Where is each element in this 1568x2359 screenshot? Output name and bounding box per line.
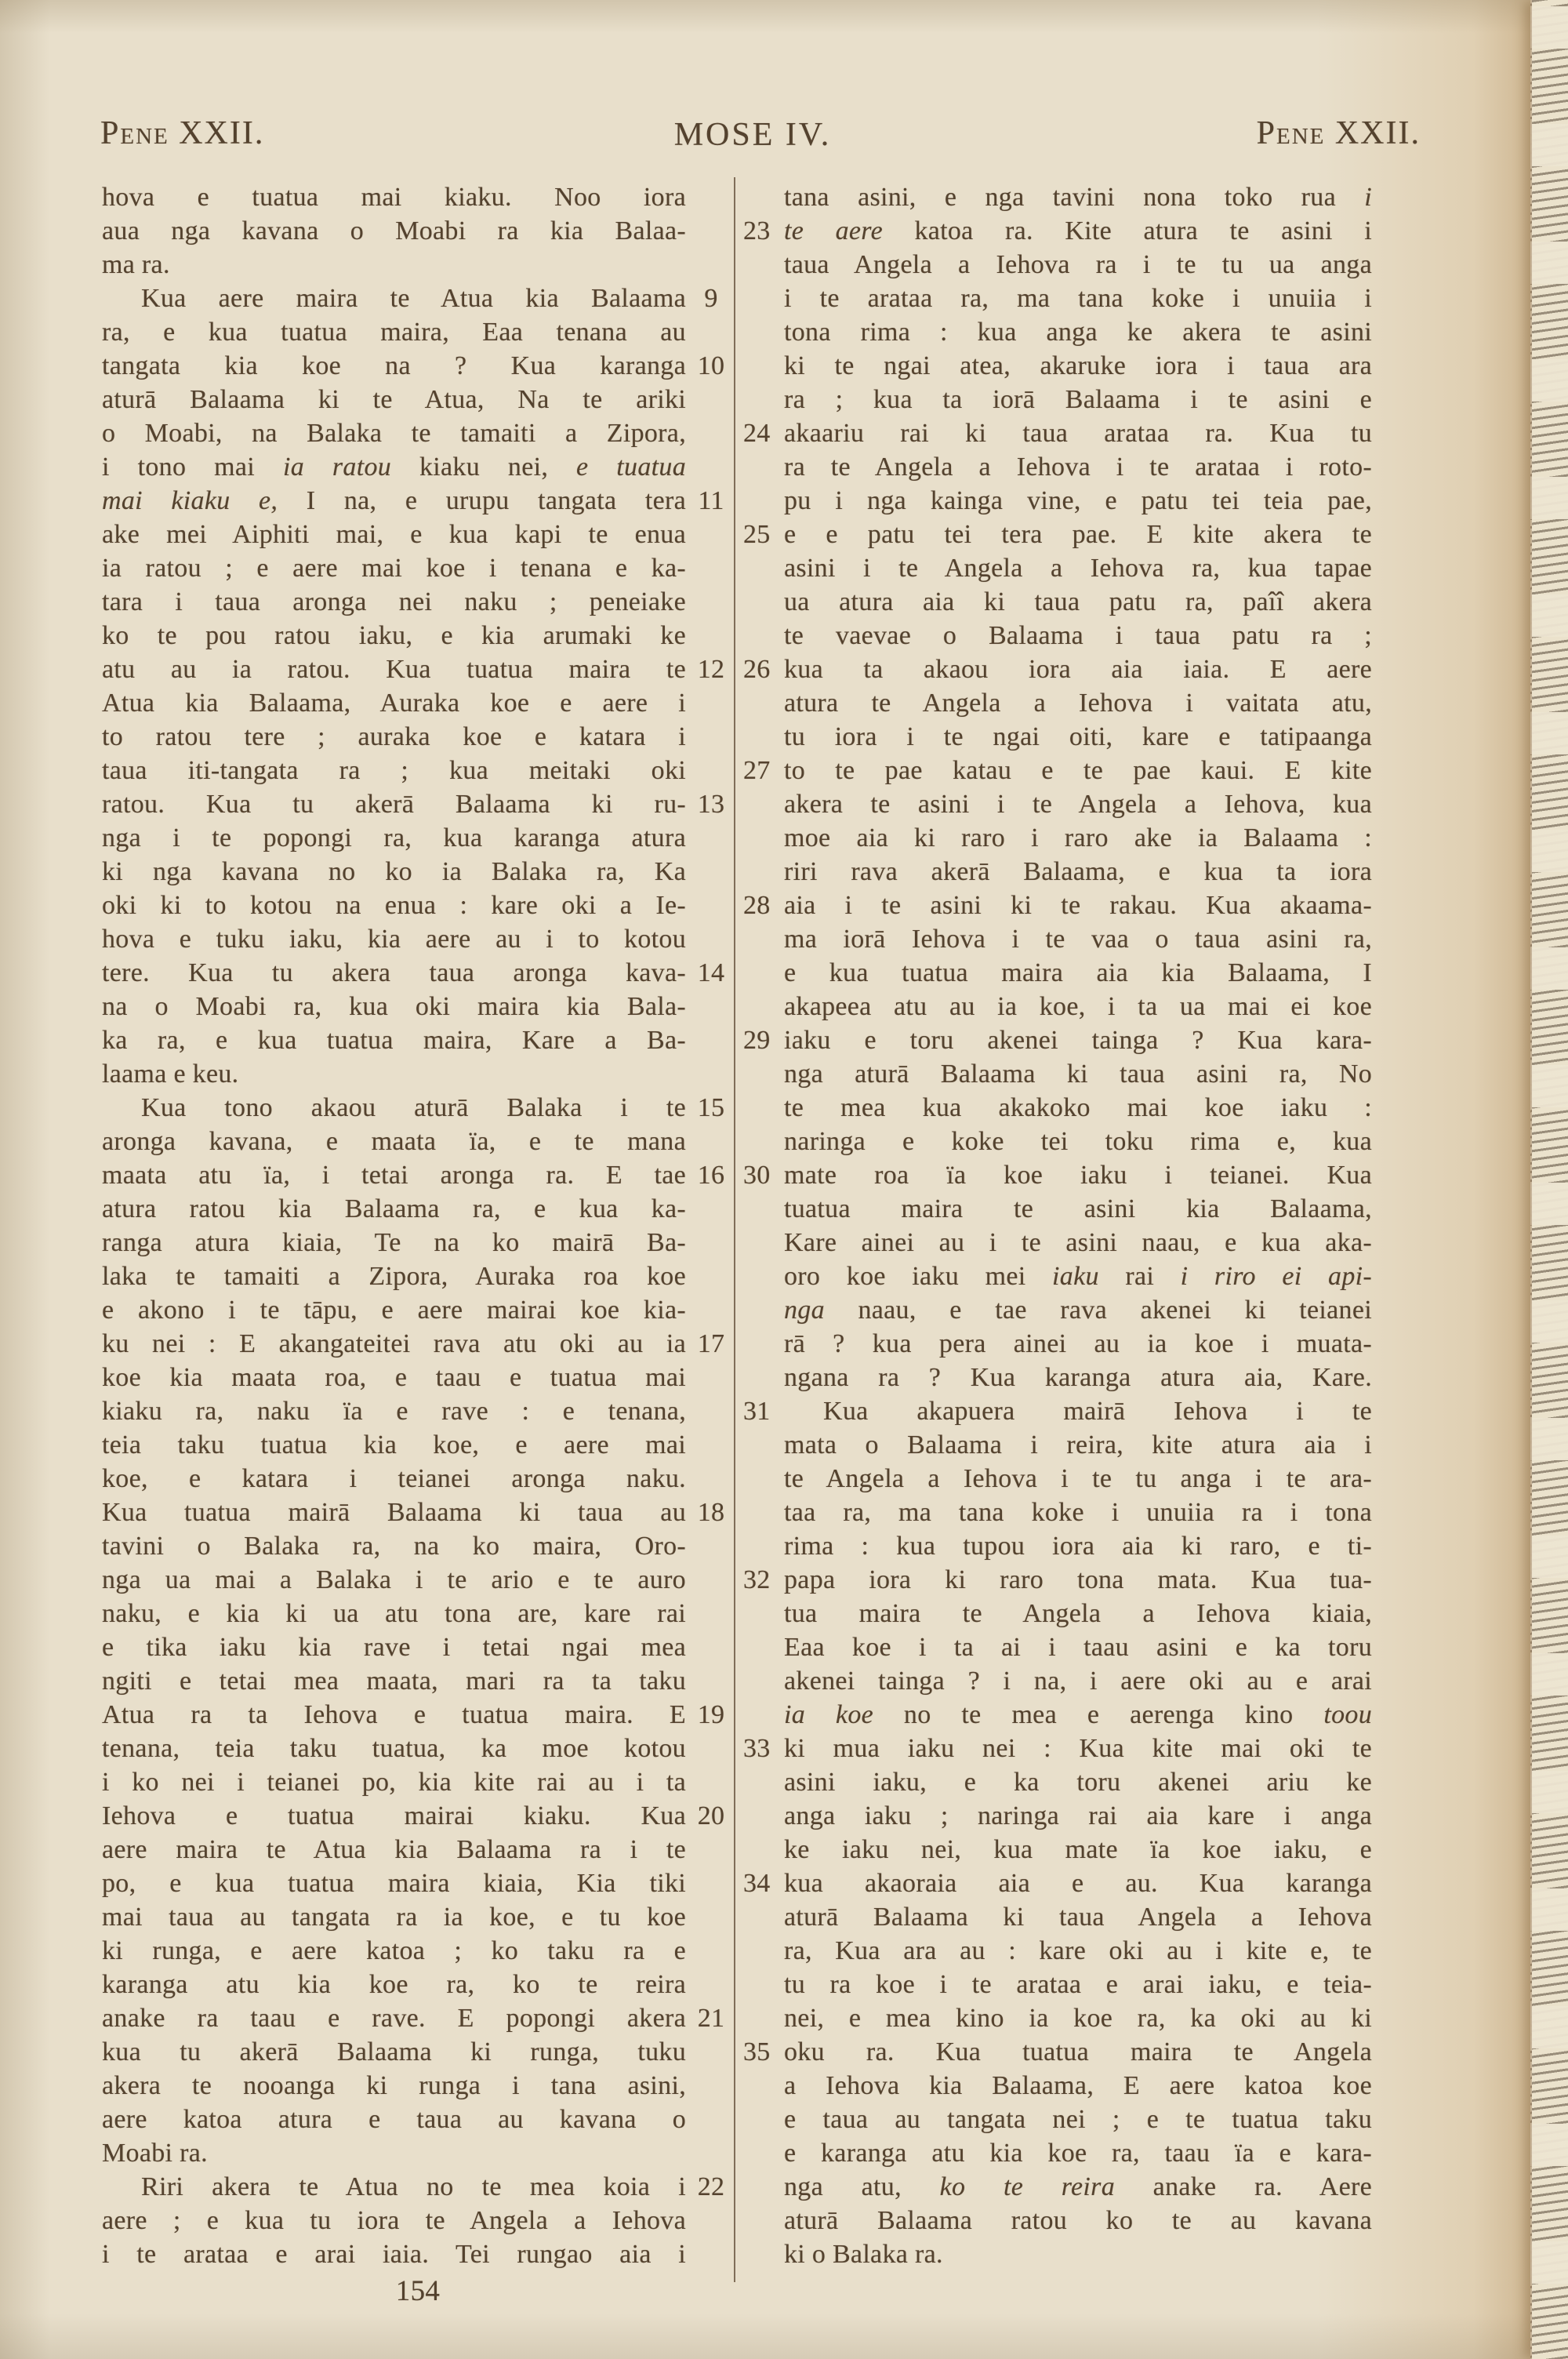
line-text: aia i te asini ki te rakau. Kua akaama-: [784, 889, 1372, 922]
line-text: ra te Angela a Iehova i te arataa i roto…: [784, 450, 1372, 484]
line-text: e taua au tangata nei ; e te tuatua taku: [784, 2103, 1372, 2136]
text-line: ngiti e tetai mea maata, mari ra ta taku: [102, 1664, 734, 1698]
line-text: ku nei : E akangateitei rava atu oki au …: [102, 1327, 686, 1361]
text-line: 11mai kiaku e, I na, e urupu tangata ter…: [102, 484, 734, 518]
text-line: tua maira te Angela a Iehova kiaia,: [743, 1597, 1372, 1630]
line-text: asini iaku, e ka toru akenei ariu ke: [784, 1765, 1372, 1799]
text-line: atura te Angela a Iehova i vaitata atu,: [743, 686, 1372, 720]
line-text: taua Angela a Iehova ra i te tu ua anga: [784, 248, 1372, 282]
text-line: kua tu akerā Balaama ki runga, tuku: [102, 2035, 734, 2069]
text-line: hova e tuatua mai kiaku. Noo iora: [102, 180, 734, 214]
line-text: karanga atu kia koe ra, ko te reira: [102, 1968, 686, 2001]
text-line: e kua tuatua maira aia kia Balaama, I: [743, 956, 1372, 990]
line-text: Riri akera te Atua no te mea koia i: [102, 2170, 686, 2204]
verse-number: 31: [743, 1394, 779, 1428]
line-text: ki mua iaku nei : Kua kite mai oki te: [784, 1732, 1372, 1765]
line-text: i tono mai ia ratou kiaku nei, e tuatua: [102, 450, 686, 484]
verse-number: 22: [688, 2170, 734, 2204]
line-text: ua atura aia ki taua patu ra, paîî akera: [784, 585, 1372, 619]
line-text: aturā Balaama ratou ko te au kavana: [784, 2204, 1372, 2237]
text-line: hova e tuku iaku, kia aere au i to kotou: [102, 922, 734, 956]
text-line: e akono i te tāpu, e aere mairai koe kia…: [102, 1293, 734, 1327]
line-text: rima : kua tupou iora aia ki raro, e ti-: [784, 1529, 1372, 1563]
line-text: ki te ngai atea, akaruke iora i taua ara: [784, 349, 1372, 383]
text-line: aturā Balaama ki te Atua, Na te ariki: [102, 383, 734, 416]
text-line: nga ua mai a Balaka i te ario e te auro: [102, 1563, 734, 1597]
text-line: a Iehova kia Balaama, E aere katoa koe: [743, 2069, 1372, 2103]
text-line: karanga atu kia koe ra, ko te reira: [102, 1968, 734, 2001]
text-line: ki nga kavana no ko ia Balaka ra, Ka: [102, 855, 734, 889]
line-text: anga iaku ; naringa rai aia kare i anga: [784, 1799, 1372, 1833]
text-line: ngana ra ? Kua karanga atura aia, Kare.: [743, 1361, 1372, 1394]
text-line: 20Iehova e tuatua mairai kiaku. Kua: [102, 1799, 734, 1833]
line-text: mate roa ïa koe iaku i teianei. Kua: [784, 1158, 1372, 1192]
text-line: aere ; e kua tu iora te Angela a Iehova: [102, 2204, 734, 2237]
line-text: akaariu rai ki taua arataa ra. Kua tu: [784, 416, 1372, 450]
line-text: pu i nga kainga vine, e patu tei teia pa…: [784, 484, 1372, 518]
text-line: oki ki to kotou na enua : kare oki a Ie-: [102, 889, 734, 922]
verse-number: 27: [743, 754, 779, 787]
verse-number: 17: [688, 1327, 734, 1361]
text-line: o Moabi, na Balaka te tamaiti a Zipora,: [102, 416, 734, 450]
text-line: Atua kia Balaama, Auraka koe e aere i: [102, 686, 734, 720]
line-text: aere ; e kua tu iora te Angela a Iehova: [102, 2204, 686, 2237]
text-line: ra, Kua ara au : kare oki au i kite e, t…: [743, 1934, 1372, 1968]
text-line: tona rima : kua anga ke akera te asini: [743, 315, 1372, 349]
line-text: oku ra. Kua tuatua maira te Angela: [784, 2035, 1372, 2069]
text-line: Kare ainei au i te asini naau, e kua aka…: [743, 1226, 1372, 1259]
running-head-right: Pene XXII.: [1176, 114, 1421, 152]
text-line: koe, e katara i teianei aronga naku.: [102, 1462, 734, 1496]
verse-number: 33: [743, 1732, 779, 1765]
text-line: 16maata atu ïa, i tetai aronga ra. E tae: [102, 1158, 734, 1192]
line-text: e akono i te tāpu, e aere mairai koe kia…: [102, 1293, 686, 1327]
text-line: nga naau, e tae rava akenei ki teianei: [743, 1293, 1372, 1327]
text-line: ia koe no te mea e aerenga kino toou: [743, 1698, 1372, 1732]
line-text: oro koe iaku mei iaku rai i riro ei api-: [784, 1259, 1372, 1293]
text-line: 23te aere katoa ra. Kite atura te asini …: [743, 214, 1372, 248]
line-text: a Iehova kia Balaama, E aere katoa koe: [784, 2069, 1372, 2103]
text-line: 34kua akaoraia aia e au. Kua karanga: [743, 1866, 1372, 1900]
line-text: kua akaoraia aia e au. Kua karanga: [784, 1866, 1372, 1900]
line-text: tu ra koe i te arataa e arai iaku, e tei…: [784, 1968, 1372, 2001]
line-text: anake ra taau e rave. E popongi akera: [102, 2001, 686, 2035]
text-line: riri rava akerā Balaama, e kua ta iora: [743, 855, 1372, 889]
line-text: Kare ainei au i te asini naau, e kua aka…: [784, 1226, 1372, 1259]
line-text: e kua tuatua maira aia kia Balaama, I: [784, 956, 1372, 990]
line-text: ki o Balaka ra.: [784, 2237, 1372, 2271]
text-line: akera te nooanga ki runga i tana asini,: [102, 2069, 734, 2103]
text-line: asini i te Angela a Iehova ra, kua tapae: [743, 551, 1372, 585]
line-text: nga aturā Balaama ki taua asini ra, No: [784, 1057, 1372, 1091]
text-line: 12atu au ia ratou. Kua tuatua maira te: [102, 652, 734, 686]
text-line: ua atura aia ki taua patu ra, paîî akera: [743, 585, 1372, 619]
text-line: naringa e koke tei toku rima e, kua: [743, 1125, 1372, 1158]
line-text: ki nga kavana no ko ia Balaka ra, Ka: [102, 855, 686, 889]
text-line: 31Kua akapuera mairā Iehova i te: [743, 1394, 1372, 1428]
line-text: koe kia maata roa, e taau e tuatua mai: [102, 1361, 686, 1394]
line-text: aere maira te Atua kia Balaama ra i te: [102, 1833, 686, 1866]
text-line: Moabi ra.: [102, 2136, 734, 2170]
text-line: tana asini, e nga tavini nona toko rua i: [743, 180, 1372, 214]
text-line: laama e keu.: [102, 1057, 734, 1091]
text-line: ake mei Aiphiti mai, e kua kapi te enua: [102, 518, 734, 551]
scanned-book-page: Pene XXII. MOSE IV. Pene XXII. hova e tu…: [0, 0, 1568, 2359]
line-text: aturā Balaama ki taua Angela a Iehova: [784, 1900, 1372, 1934]
line-text: hova e tuatua mai kiaku. Noo iora: [102, 180, 686, 214]
text-line: 25e e patu tei tera pae. E kite akera te: [743, 518, 1372, 551]
line-text: kua tu akerā Balaama ki runga, tuku: [102, 2035, 686, 2069]
line-text: laama e keu.: [102, 1057, 686, 1091]
line-text: teia taku tuatua kia koe, e aere mai: [102, 1428, 686, 1462]
line-text: i te arataa e arai iaia. Tei rungao aia …: [102, 2237, 686, 2271]
line-text: iaku e toru akenei tainga ? Kua kara-: [784, 1023, 1372, 1057]
text-line: ra ; kua ta iorā Balaama i te asini e: [743, 383, 1372, 416]
verse-number: 19: [688, 1698, 734, 1732]
line-text: kua ta akaou iora aia iaia. E aere: [784, 652, 1372, 686]
text-line: ki runga, e aere katoa ; ko taku ra e: [102, 1934, 734, 1968]
line-text: tu iora i te ngai oiti, kare e tatipaang…: [784, 720, 1372, 754]
text-line: e tika iaku kia rave i tetai ngai mea: [102, 1630, 734, 1664]
text-line: 35oku ra. Kua tuatua maira te Angela: [743, 2035, 1372, 2069]
line-text: ngana ra ? Kua karanga atura aia, Kare.: [784, 1361, 1372, 1394]
text-line: i te arataa ra, ma tana koke i unuiia i: [743, 282, 1372, 315]
text-line: pu i nga kainga vine, e patu tei teia pa…: [743, 484, 1372, 518]
line-text: naku, e kia ki ua atu tona are, kare rai: [102, 1597, 686, 1630]
line-text: mai taua au tangata ra ia koe, e tu koe: [102, 1900, 686, 1934]
line-text: nei, e mea kino ia koe ra, ka oki au ki: [784, 2001, 1372, 2035]
verse-number: 18: [688, 1496, 734, 1529]
line-text: aere katoa atura e taua au kavana o: [102, 2103, 686, 2136]
text-line: taua iti-tangata ra ; kua meitaki oki: [102, 754, 734, 787]
text-line: taua Angela a Iehova ra i te tu ua anga: [743, 248, 1372, 282]
text-line: 29iaku e toru akenei tainga ? Kua kara-: [743, 1023, 1372, 1057]
line-text: to ratou tere ; auraka koe e katara i: [102, 720, 686, 754]
text-line: taa ra, ma tana koke i unuiia ra i tona: [743, 1496, 1372, 1529]
text-line: nga i te popongi ra, kua karanga atura: [102, 821, 734, 855]
line-text: laka te tamaiti a Zipora, Auraka roa koe: [102, 1259, 686, 1293]
verse-number: 24: [743, 416, 779, 450]
line-text: ake mei Aiphiti mai, e kua kapi te enua: [102, 518, 686, 551]
line-text: ra, Kua ara au : kare oki au i kite e, t…: [784, 1934, 1372, 1968]
line-text: hova e tuku iaku, kia aere au i to kotou: [102, 922, 686, 956]
text-line: i ko nei i teianei po, kia kite rai au i…: [102, 1765, 734, 1799]
text-line: 30mate roa ïa koe iaku i teianei. Kua: [743, 1158, 1372, 1192]
line-text: na o Moabi ra, kua oki maira kia Bala-: [102, 990, 686, 1023]
line-text: ia koe no te mea e aerenga kino toou: [784, 1698, 1372, 1732]
line-text: rā ? kua pera ainei au ia koe i muata-: [784, 1327, 1372, 1361]
text-line: 10tangata kia koe na ? Kua karanga: [102, 349, 734, 383]
line-text: ngiti e tetai mea maata, mari ra ta taku: [102, 1664, 686, 1698]
text-line: mata o Balaama i reira, kite atura aia i: [743, 1428, 1372, 1462]
line-text: po, e kua tuatua maira kiaia, Kia tiki: [102, 1866, 686, 1900]
text-line: ra, e kua tuatua maira, Eaa tenana au: [102, 315, 734, 349]
text-line: teia taku tuatua kia koe, e aere mai: [102, 1428, 734, 1462]
text-line: tu ra koe i te arataa e arai iaku, e tei…: [743, 1968, 1372, 2001]
page-number: 154: [102, 2274, 734, 2308]
line-text: ko te pou ratou iaku, e kia arumaki ke: [102, 619, 686, 652]
line-text: aturā Balaama ki te Atua, Na te ariki: [102, 383, 686, 416]
text-line: 13ratou. Kua tu akerā Balaama ki ru-: [102, 787, 734, 821]
verse-number: 11: [688, 484, 734, 518]
line-text: Iehova e tuatua mairai kiaku. Kua: [102, 1799, 686, 1833]
text-line: Eaa koe i ta ai i taau asini e ka toru: [743, 1630, 1372, 1664]
line-text: maata atu ïa, i tetai aronga ra. E tae: [102, 1158, 686, 1192]
text-line: 9Kua aere maira te Atua kia Balaama: [102, 282, 734, 315]
text-line: ka ra, e kua tuatua maira, Kare a Ba-: [102, 1023, 734, 1057]
line-text: nga naau, e tae rava akenei ki teianei: [784, 1293, 1372, 1327]
text-line: tuatua maira te asini kia Balaama,: [743, 1192, 1372, 1226]
line-text: oki ki to kotou na enua : kare oki a Ie-: [102, 889, 686, 922]
line-text: o Moabi, na Balaka te tamaiti a Zipora,: [102, 416, 686, 450]
text-line: ma ra.: [102, 248, 734, 282]
right-text-column: tana asini, e nga tavini nona toko rua i…: [743, 180, 1372, 2271]
line-text: ra ; kua ta iorā Balaama i te asini e: [784, 383, 1372, 416]
line-text: tuatua maira te asini kia Balaama,: [784, 1192, 1372, 1226]
text-line: ranga atura kiaia, Te na ko mairā Ba-: [102, 1226, 734, 1259]
line-text: koe, e katara i teianei aronga naku.: [102, 1462, 686, 1496]
verse-number: 13: [688, 787, 734, 821]
line-text: moe aia ki raro i raro ake ia Balaama :: [784, 821, 1372, 855]
verse-number: 9: [688, 282, 734, 315]
text-line: te vaevae o Balaama i taua patu ra ;: [743, 619, 1372, 652]
text-line: to ratou tere ; auraka koe e katara i: [102, 720, 734, 754]
text-line: akapeea atu au ia koe, i ta ua mai ei ko…: [743, 990, 1372, 1023]
line-text: riri rava akerā Balaama, e kua ta iora: [784, 855, 1372, 889]
text-line: atura ratou kia Balaama ra, e kua ka-: [102, 1192, 734, 1226]
line-text: ki runga, e aere katoa ; ko taku ra e: [102, 1934, 686, 1968]
line-text: Eaa koe i ta ai i taau asini e ka toru: [784, 1630, 1372, 1664]
line-text: naringa e koke tei toku rima e, kua: [784, 1125, 1372, 1158]
line-text: mai kiaku e, I na, e urupu tangata tera: [102, 484, 686, 518]
verse-number: 30: [743, 1158, 779, 1192]
line-text: atura ratou kia Balaama ra, e kua ka-: [102, 1192, 686, 1226]
line-text: asini i te Angela a Iehova ra, kua tapae: [784, 551, 1372, 585]
verse-number: 25: [743, 518, 779, 551]
line-text: Atua kia Balaama, Auraka koe e aere i: [102, 686, 686, 720]
line-text: Moabi ra.: [102, 2136, 686, 2170]
text-line: 33ki mua iaku nei : Kua kite mai oki te: [743, 1732, 1372, 1765]
verse-number: 29: [743, 1023, 779, 1057]
text-line: nga atu, ko te reira anake ra. Aere: [743, 2170, 1372, 2204]
text-line: ki o Balaka ra.: [743, 2237, 1372, 2271]
line-text: atu au ia ratou. Kua tuatua maira te: [102, 652, 686, 686]
text-line: ko te pou ratou iaku, e kia arumaki ke: [102, 619, 734, 652]
line-text: akera te nooanga ki runga i tana asini,: [102, 2069, 686, 2103]
text-line: anga iaku ; naringa rai aia kare i anga: [743, 1799, 1372, 1833]
verse-number: 21: [688, 2001, 734, 2035]
line-text: to te pae katau e te pae kaui. E kite: [784, 754, 1372, 787]
text-line: aturā Balaama ratou ko te au kavana: [743, 2204, 1372, 2237]
verse-number: 15: [688, 1091, 734, 1125]
verse-number: 35: [743, 2035, 779, 2069]
text-line: 26kua ta akaou iora aia iaia. E aere: [743, 652, 1372, 686]
line-text: mata o Balaama i reira, kite atura aia i: [784, 1428, 1372, 1462]
line-text: tavini o Balaka ra, na ko maira, Oro-: [102, 1529, 686, 1563]
text-line: 17ku nei : E akangateitei rava atu oki a…: [102, 1327, 734, 1361]
line-text: ia ratou ; e aere mai koe i tenana e ka-: [102, 551, 686, 585]
line-text: ke iaku nei, kua mate ïa koe iaku, e: [784, 1833, 1372, 1866]
line-text: te vaevae o Balaama i taua patu ra ;: [784, 619, 1372, 652]
verse-number: 20: [688, 1799, 734, 1833]
verse-number: 26: [743, 652, 779, 686]
line-text: akera te asini i te Angela a Iehova, kua: [784, 787, 1372, 821]
left-text-column: hova e tuatua mai kiaku. Noo ioraaua nga…: [102, 180, 734, 2271]
text-line: akenei tainga ? i na, i aere oki au e ar…: [743, 1664, 1372, 1698]
text-line: 15Kua tono akaou aturā Balaka i te: [102, 1091, 734, 1125]
line-text: Atua ra ta Iehova e tuatua maira. E: [102, 1698, 686, 1732]
text-line: 19Atua ra ta Iehova e tuatua maira. E: [102, 1698, 734, 1732]
text-line: aere maira te Atua kia Balaama ra i te: [102, 1833, 734, 1866]
text-line: aua nga kavana o Moabi ra kia Balaa-: [102, 214, 734, 248]
text-line: aturā Balaama ki taua Angela a Iehova: [743, 1900, 1372, 1934]
line-text: tara i taua aronga nei naku ; peneiake: [102, 585, 686, 619]
text-line: 21anake ra taau e rave. E popongi akera: [102, 2001, 734, 2035]
line-text: e karanga atu kia koe ra, taau ïa e kara…: [784, 2136, 1372, 2170]
line-text: taa ra, ma tana koke i unuiia ra i tona: [784, 1496, 1372, 1529]
text-line: ra te Angela a Iehova i te arataa i roto…: [743, 450, 1372, 484]
text-line: tu iora i te ngai oiti, kare e tatipaang…: [743, 720, 1372, 754]
line-text: nga i te popongi ra, kua karanga atura: [102, 821, 686, 855]
verse-number: 10: [688, 349, 734, 383]
line-text: tana asini, e nga tavini nona toko rua i: [784, 180, 1372, 214]
text-line: na o Moabi ra, kua oki maira kia Bala-: [102, 990, 734, 1023]
text-line: ia ratou ; e aere mai koe i tenana e ka-: [102, 551, 734, 585]
verse-number: 16: [688, 1158, 734, 1192]
text-line: akera te asini i te Angela a Iehova, kua: [743, 787, 1372, 821]
text-line: 27to te pae katau e te pae kaui. E kite: [743, 754, 1372, 787]
line-text: Kua tuatua mairā Balaama ki taua au: [102, 1496, 686, 1529]
text-line: rima : kua tupou iora aia ki raro, e ti-: [743, 1529, 1372, 1563]
text-line: 18Kua tuatua mairā Balaama ki taua au: [102, 1496, 734, 1529]
line-text: papa iora ki raro tona mata. Kua tua-: [784, 1563, 1372, 1597]
text-line: kiaku ra, naku ïa e rave : e tenana,: [102, 1394, 734, 1428]
text-line: 22Riri akera te Atua no te mea koia i: [102, 2170, 734, 2204]
line-text: akapeea atu au ia koe, i ta ua mai ei ko…: [784, 990, 1372, 1023]
line-text: ka ra, e kua tuatua maira, Kare a Ba-: [102, 1023, 686, 1057]
line-text: aua nga kavana o Moabi ra kia Balaa-: [102, 214, 686, 248]
line-text: e e patu tei tera pae. E kite akera te: [784, 518, 1372, 551]
text-line: te mea kua akakoko mai koe iaku :: [743, 1091, 1372, 1125]
line-text: Kua tono akaou aturā Balaka i te: [102, 1091, 686, 1125]
line-text: tere. Kua tu akera taua aronga kava-: [102, 956, 686, 990]
text-line: koe kia maata roa, e taau e tuatua mai: [102, 1361, 734, 1394]
text-line: po, e kua tuatua maira kiaia, Kia tiki: [102, 1866, 734, 1900]
text-line: naku, e kia ki ua atu tona are, kare rai: [102, 1597, 734, 1630]
line-text: ma ra.: [102, 248, 686, 282]
line-text: tenana, teia taku tuatua, ka moe kotou: [102, 1732, 686, 1765]
line-text: tua maira te Angela a Iehova kiaia,: [784, 1597, 1372, 1630]
text-line: tenana, teia taku tuatua, ka moe kotou: [102, 1732, 734, 1765]
text-line: ki te ngai atea, akaruke iora i taua ara: [743, 349, 1372, 383]
verse-number: 32: [743, 1563, 779, 1597]
line-text: te mea kua akakoko mai koe iaku :: [784, 1091, 1372, 1125]
line-text: nga atu, ko te reira anake ra. Aere: [784, 2170, 1372, 2204]
line-text: aronga kavana, e maata ïa, e te mana: [102, 1125, 686, 1158]
line-text: tona rima : kua anga ke akera te asini: [784, 315, 1372, 349]
verse-number: 34: [743, 1866, 779, 1900]
text-line: 24akaariu rai ki taua arataa ra. Kua tu: [743, 416, 1372, 450]
line-text: ma iorā Iehova i te vaa o taua asini ra,: [784, 922, 1372, 956]
text-line: ma iorā Iehova i te vaa o taua asini ra,: [743, 922, 1372, 956]
verse-number: 23: [743, 214, 779, 248]
text-line: ke iaku nei, kua mate ïa koe iaku, e: [743, 1833, 1372, 1866]
text-line: tavini o Balaka ra, na ko maira, Oro-: [102, 1529, 734, 1563]
text-line: e karanga atu kia koe ra, taau ïa e kara…: [743, 2136, 1372, 2170]
text-line: e taua au tangata nei ; e te tuatua taku: [743, 2103, 1372, 2136]
line-text: akenei tainga ? i na, i aere oki au e ar…: [784, 1664, 1372, 1698]
line-text: Kua aere maira te Atua kia Balaama: [102, 282, 686, 315]
text-line: mai taua au tangata ra ia koe, e tu koe: [102, 1900, 734, 1934]
line-text: ranga atura kiaia, Te na ko mairā Ba-: [102, 1226, 686, 1259]
text-line: nga aturā Balaama ki taua asini ra, No: [743, 1057, 1372, 1091]
line-text: nga ua mai a Balaka i te ario e te auro: [102, 1563, 686, 1597]
text-line: rā ? kua pera ainei au ia koe i muata-: [743, 1327, 1372, 1361]
text-line: laka te tamaiti a Zipora, Auraka roa koe: [102, 1259, 734, 1293]
line-text: i ko nei i teianei po, kia kite rai au i…: [102, 1765, 686, 1799]
line-text: te aere katoa ra. Kite atura te asini i: [784, 214, 1372, 248]
line-text: taua iti-tangata ra ; kua meitaki oki: [102, 754, 686, 787]
text-line: te Angela a Iehova i te tu anga i te ara…: [743, 1462, 1372, 1496]
line-text: tangata kia koe na ? Kua karanga: [102, 349, 686, 383]
line-text: ra, e kua tuatua maira, Eaa tenana au: [102, 315, 686, 349]
line-text: kiaku ra, naku ïa e rave : e tenana,: [102, 1394, 686, 1428]
line-text: te Angela a Iehova i te tu anga i te ara…: [784, 1462, 1372, 1496]
verse-number: 12: [688, 652, 734, 686]
text-line: 28aia i te asini ki te rakau. Kua akaama…: [743, 889, 1372, 922]
book-fore-edge: [1530, 0, 1568, 2359]
text-line: oro koe iaku mei iaku rai i riro ei api-: [743, 1259, 1372, 1293]
text-line: i tono mai ia ratou kiaku nei, e tuatua: [102, 450, 734, 484]
text-line: aere katoa atura e taua au kavana o: [102, 2103, 734, 2136]
text-line: 32papa iora ki raro tona mata. Kua tua-: [743, 1563, 1372, 1597]
line-text: atura te Angela a Iehova i vaitata atu,: [784, 686, 1372, 720]
text-line: aronga kavana, e maata ïa, e te mana: [102, 1125, 734, 1158]
text-line: i te arataa e arai iaia. Tei rungao aia …: [102, 2237, 734, 2271]
text-line: nei, e mea kino ia koe ra, ka oki au ki: [743, 2001, 1372, 2035]
text-line: asini iaku, e ka toru akenei ariu ke: [743, 1765, 1372, 1799]
line-text: Kua akapuera mairā Iehova i te: [784, 1394, 1372, 1428]
text-line: tara i taua aronga nei naku ; peneiake: [102, 585, 734, 619]
line-text: i te arataa ra, ma tana koke i unuiia i: [784, 282, 1372, 315]
line-text: ratou. Kua tu akerā Balaama ki ru-: [102, 787, 686, 821]
verse-number: 28: [743, 889, 779, 922]
text-line: 14tere. Kua tu akera taua aronga kava-: [102, 956, 734, 990]
verse-number: 14: [688, 956, 734, 990]
column-divider: [734, 177, 735, 2282]
text-line: moe aia ki raro i raro ake ia Balaama :: [743, 821, 1372, 855]
line-text: e tika iaku kia rave i tetai ngai mea: [102, 1630, 686, 1664]
